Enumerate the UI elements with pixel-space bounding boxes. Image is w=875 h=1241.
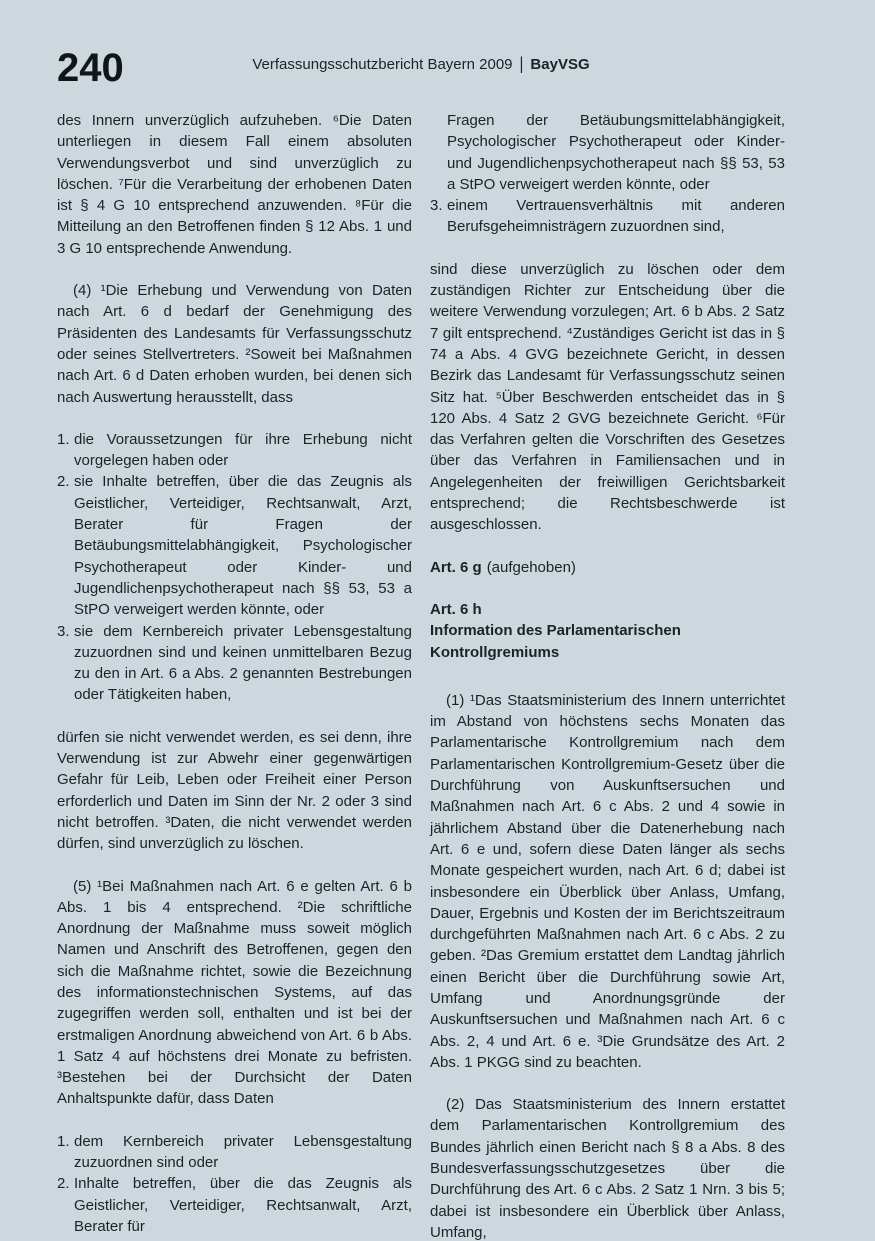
paragraph-abs-1: (1) ¹Das Staatsministerium des Innern un… <box>430 690 785 1073</box>
page-header: 240 Verfassungsschutzbericht Bayern 2009… <box>57 50 785 98</box>
article-title-line: Information des Parlamentarischen <box>430 620 785 641</box>
list-item: 3. einem Vertrauensverhältnis mit andere… <box>430 195 785 238</box>
document-page: 240 Verfassungsschutzbericht Bayern 2009… <box>0 0 875 1241</box>
running-header: Verfassungsschutzbericht Bayern 2009|Bay… <box>57 50 785 74</box>
paragraph-abs-2: (2) Das Staatsministerium des Innern ers… <box>430 1094 785 1241</box>
list-item-continuation: Fragen der Betäubungsmittelabhängigkeit,… <box>430 110 785 195</box>
list-number: 1. <box>57 429 74 472</box>
list-item-text: Fragen der Betäubungsmittelabhängigkeit,… <box>447 110 785 195</box>
ordered-list-a-continued: Fragen der Betäubungsmittelabhängigkeit,… <box>430 110 785 238</box>
article-note: (aufgehoben) <box>487 559 576 576</box>
page-number: 240 <box>57 48 124 88</box>
list-number: 1. <box>57 1131 74 1174</box>
list-item: 2. sie Inhalte betreffen, über die das Z… <box>57 471 412 620</box>
list-number-empty <box>430 110 447 195</box>
paragraph-continuation: des Innern unverzüglich aufzuheben. ⁶Die… <box>57 110 412 259</box>
left-column: des Innern unverzüglich aufzuheben. ⁶Die… <box>57 110 412 1241</box>
list-item: 3. sie dem Kernbereich privater Lebensge… <box>57 621 412 706</box>
right-column: Fragen der Betäubungsmittelabhängigkeit,… <box>430 110 785 1241</box>
ordered-list-b: 1. dem Kernbereich privater Lebensgestal… <box>57 1131 412 1237</box>
header-separator: | <box>520 55 524 76</box>
list-item-text: einem Vertrauensverhältnis mit anderen B… <box>447 195 785 238</box>
list-item-text: die Voraussetzungen für ihre Erhebung ni… <box>74 429 412 472</box>
paragraph-abs-4: (4) ¹Die Erhebung und Verwendung von Dat… <box>57 280 412 408</box>
paragraph-abs-5: (5) ¹Bei Maßnahmen nach Art. 6 e gelten … <box>57 876 412 1110</box>
paragraph-sind: sind diese unverzüglich zu löschen oder … <box>430 259 785 536</box>
paragraph-duerfen: dürfen sie nicht verwendet werden, es se… <box>57 727 412 855</box>
list-item: 1. die Voraussetzungen für ihre Erhebung… <box>57 429 412 472</box>
text-columns: des Innern unverzüglich aufzuheben. ⁶Die… <box>57 110 785 1241</box>
list-item-text: Inhalte betreffen, über die das Zeugnis … <box>74 1173 412 1237</box>
heading-art-6h: Art. 6 h Information des Parlamentarisch… <box>430 599 785 663</box>
list-number: 2. <box>57 471 74 620</box>
list-item: 1. dem Kernbereich privater Lebensgestal… <box>57 1131 412 1174</box>
article-label: Art. 6 g <box>430 559 482 576</box>
list-item: 2. Inhalte betreffen, über die das Zeugn… <box>57 1173 412 1237</box>
article-label: Art. 6 h <box>430 599 785 620</box>
list-item-text: sie Inhalte betreffen, über die das Zeug… <box>74 471 412 620</box>
list-item-text: dem Kernbereich privater Lebensgestaltun… <box>74 1131 412 1174</box>
ordered-list-a: 1. die Voraussetzungen für ihre Erhebung… <box>57 429 412 706</box>
list-item-text: sie dem Kernbereich privater Lebensgesta… <box>74 621 412 706</box>
running-header-abbrev: BayVSG <box>530 56 589 73</box>
article-title-line: Kontrollgremiums <box>430 642 785 663</box>
list-number: 3. <box>430 195 447 238</box>
list-number: 2. <box>57 1173 74 1237</box>
running-header-title: Verfassungsschutzbericht Bayern 2009 <box>252 56 512 73</box>
heading-art-6g: Art. 6 g(aufgehoben) <box>430 557 785 578</box>
list-number: 3. <box>57 621 74 706</box>
